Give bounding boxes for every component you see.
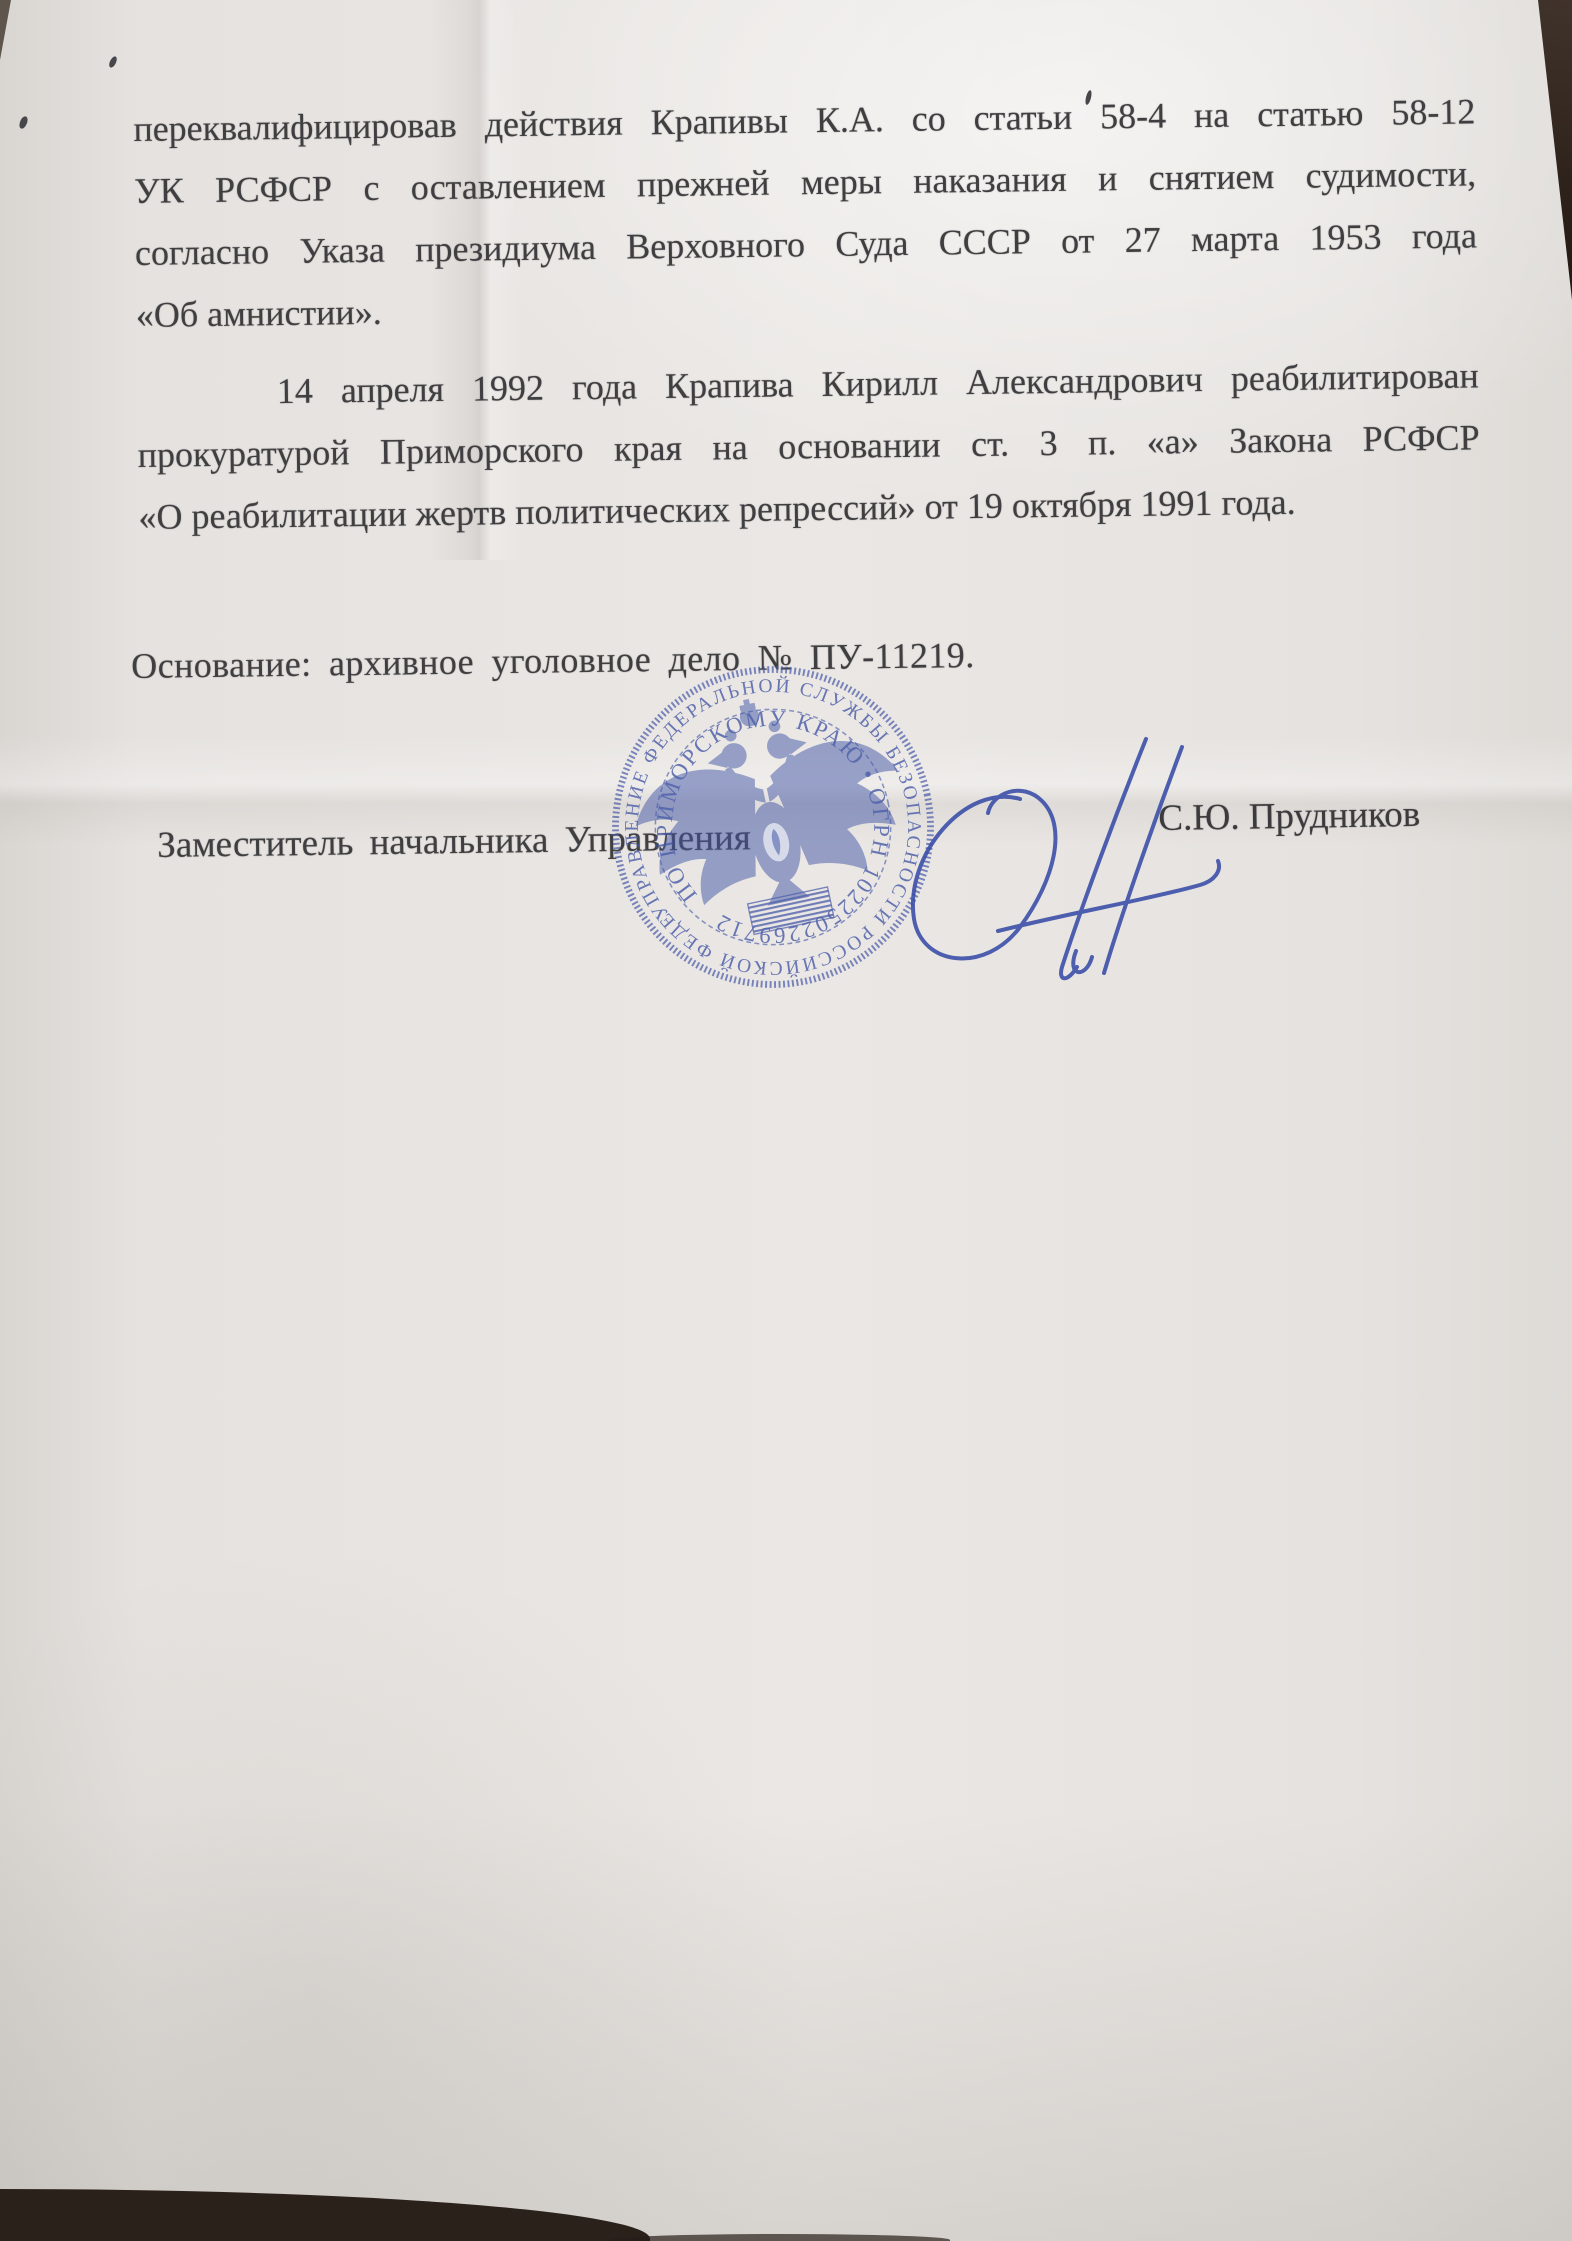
signature-stroke	[1073, 951, 1092, 972]
paragraph-1: переквалифицировав действия Крапивы К.А.…	[133, 80, 1478, 346]
handwritten-signature	[870, 715, 1270, 1005]
signature-stroke	[1061, 739, 1146, 978]
signature-stroke	[998, 861, 1219, 931]
paper-shade-bottom	[0, 1811, 1572, 2241]
paragraph-2: 14 апреля 1992 года Крапива Кирилл Алекс…	[136, 344, 1480, 548]
document-photo: переквалифицировав действия Крапивы К.А.…	[0, 0, 1572, 2241]
signature-stroke	[913, 791, 1056, 959]
background-bottom-edge	[610, 2234, 950, 2241]
signature-stroke	[1104, 747, 1182, 973]
document-body: переквалифицировав действия Крапивы К.А.…	[133, 80, 1481, 548]
